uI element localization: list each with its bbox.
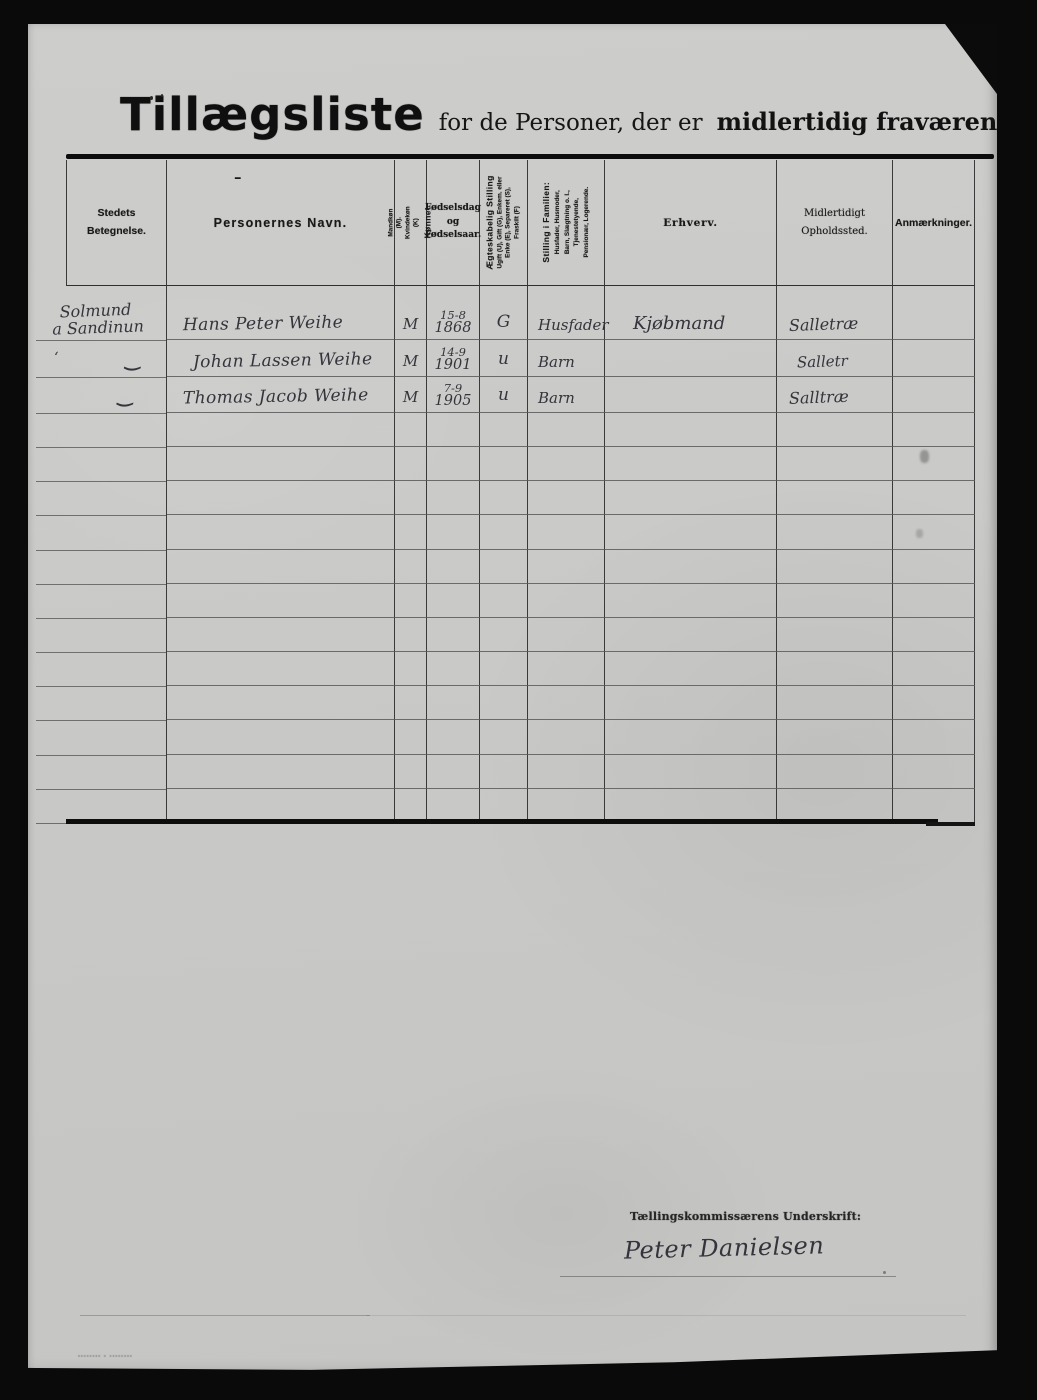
- place-line2: a Sandinun: [52, 317, 144, 339]
- header-marital-label: Ægteskabelig Stilling: [485, 175, 495, 269]
- birth-year: 1901: [435, 358, 472, 373]
- header-name: Personernes Navn.: [167, 160, 395, 286]
- cell-marital: u: [480, 340, 528, 377]
- ditto-mark: ʻ: [54, 350, 58, 371]
- birth-day: 15-8: [435, 309, 472, 321]
- header-birth: Fødselsdag og Fødselsaar.: [427, 160, 480, 286]
- ink-speck: [161, 94, 163, 97]
- birth-year: 1868: [435, 321, 472, 336]
- birth-day: 14-9: [435, 346, 472, 358]
- signature-label: Tællingskommissærens Underskrift:: [630, 1210, 861, 1223]
- cell-residence: Salltræ: [777, 377, 893, 413]
- cell-occupation: [605, 340, 777, 377]
- table-row-empty: [66, 481, 975, 515]
- ink-speck: [150, 96, 153, 100]
- cell-name: Hans Peter Weihe: [167, 286, 395, 340]
- ink-speck: [883, 1271, 886, 1274]
- scan-artifact-line: [80, 1315, 370, 1316]
- cell-occupation: [605, 377, 777, 413]
- title-subtitle: for de Personer, der er: [439, 110, 703, 136]
- table-row-empty: [66, 550, 975, 584]
- table-row: ‿ Thomas Jacob Weihe M 7-9 1905 u: [66, 377, 975, 413]
- table-row-empty: [66, 447, 975, 481]
- header-sex-sub: Mandkøn (M). Kvindekøn (K): [388, 206, 421, 239]
- printer-imprint: ········ · ········: [78, 1354, 133, 1360]
- cell-place: ‿: [66, 377, 167, 413]
- table-row-empty: [66, 413, 975, 447]
- header-family-label: Stilling i Familien:: [541, 182, 551, 263]
- table-row-empty: [66, 755, 975, 789]
- scan-border-top: [0, 0, 1037, 24]
- scan-artifact-line: [366, 1315, 966, 1316]
- header-place: Stedets Betegnelse.: [66, 160, 167, 286]
- cell-remarks: [893, 377, 975, 413]
- cell-birth: 14-9 1901: [427, 340, 480, 377]
- scanned-census-form: Tillægsliste for de Personer, der er mid…: [0, 0, 1037, 1400]
- header-remarks: Anmærkninger.: [893, 160, 975, 286]
- header-marital: Ægteskabelig Stilling Ugift (U), Gift (G…: [480, 160, 528, 286]
- cell-name: Thomas Jacob Weihe: [167, 377, 395, 413]
- empty-rows-container: [66, 413, 975, 823]
- census-table: Stedets Betegnelse. Personernes Navn. Ma…: [66, 160, 975, 823]
- header-sex: Mandkøn (M). Kvindekøn (K) Kønnet: [395, 160, 427, 286]
- scan-border-left: [0, 0, 28, 1400]
- header-occupation: Erhverv.: [605, 160, 777, 286]
- table-row-empty: [66, 618, 975, 652]
- page-title: Tillægsliste for de Personer, der er mid…: [120, 88, 1037, 141]
- cell-marital: G: [480, 286, 528, 340]
- cell-family: Barn: [528, 377, 605, 413]
- table-row-empty: [66, 789, 975, 823]
- table-row-empty: [66, 652, 975, 686]
- table-row-empty: [66, 686, 975, 720]
- cell-occupation: Kjøbmand: [605, 286, 777, 340]
- cell-residence: Salletr: [777, 340, 893, 377]
- cell-residence: Salletræ: [777, 286, 893, 340]
- table-row-empty: [66, 720, 975, 754]
- ditto-mark: ‿: [118, 386, 132, 407]
- header-family-sub: Husfader, Husmoder, Barn, Slægtning o. l…: [553, 182, 591, 263]
- cell-sex: M: [395, 377, 427, 413]
- cell-birth: 15-8 1868: [427, 286, 480, 340]
- table-row-empty: [66, 515, 975, 549]
- cell-place: Solmund a Sandinun: [66, 286, 167, 340]
- top-rule: [66, 154, 994, 159]
- title-subtitle-bold: midlertidig fraværende.: [717, 107, 1037, 136]
- cell-family: Barn: [528, 340, 605, 377]
- title-main: Tillægsliste: [120, 88, 425, 141]
- ink-smudge: [916, 529, 923, 538]
- cell-sex: M: [395, 286, 427, 340]
- cell-family: Husfader: [528, 286, 605, 340]
- cell-sex: M: [395, 340, 427, 377]
- birth-day: 7-9: [435, 382, 472, 394]
- signature-line: [560, 1276, 896, 1277]
- table-row-empty: [66, 584, 975, 618]
- table-header-row: Stedets Betegnelse. Personernes Navn. Ma…: [66, 160, 975, 286]
- bottom-rule-segment: [926, 822, 975, 826]
- signature-handwriting: Peter Danielsen: [624, 1231, 825, 1264]
- birth-year: 1905: [435, 394, 472, 409]
- cell-birth: 7-9 1905: [427, 377, 480, 413]
- cell-marital: u: [480, 377, 528, 413]
- cell-name: Johan Lassen Weihe: [167, 340, 395, 377]
- cell-place: ʻ ‿: [66, 340, 167, 377]
- table-row: ʻ ‿ Johan Lassen Weihe M 14-9 1901: [66, 340, 975, 377]
- ditto-mark: ‿: [126, 350, 140, 371]
- header-family: Stilling i Familien: Husfader, Husmoder,…: [528, 160, 605, 286]
- form-page: Tillægsliste for de Personer, der er mid…: [28, 24, 997, 1376]
- header-marital-sub: Ugift (U), Gift (G), Enkem. eller Enke (…: [497, 175, 522, 269]
- header-residence: Midlertidigt Opholdssted.: [777, 160, 893, 286]
- bottom-rule: [66, 819, 938, 824]
- ink-smudge: [920, 450, 929, 463]
- scan-border-right: [997, 0, 1037, 1400]
- table-row: Solmund a Sandinun Hans Peter Weihe M 15…: [66, 286, 975, 340]
- cell-remarks: [893, 286, 975, 340]
- cell-remarks: [893, 340, 975, 377]
